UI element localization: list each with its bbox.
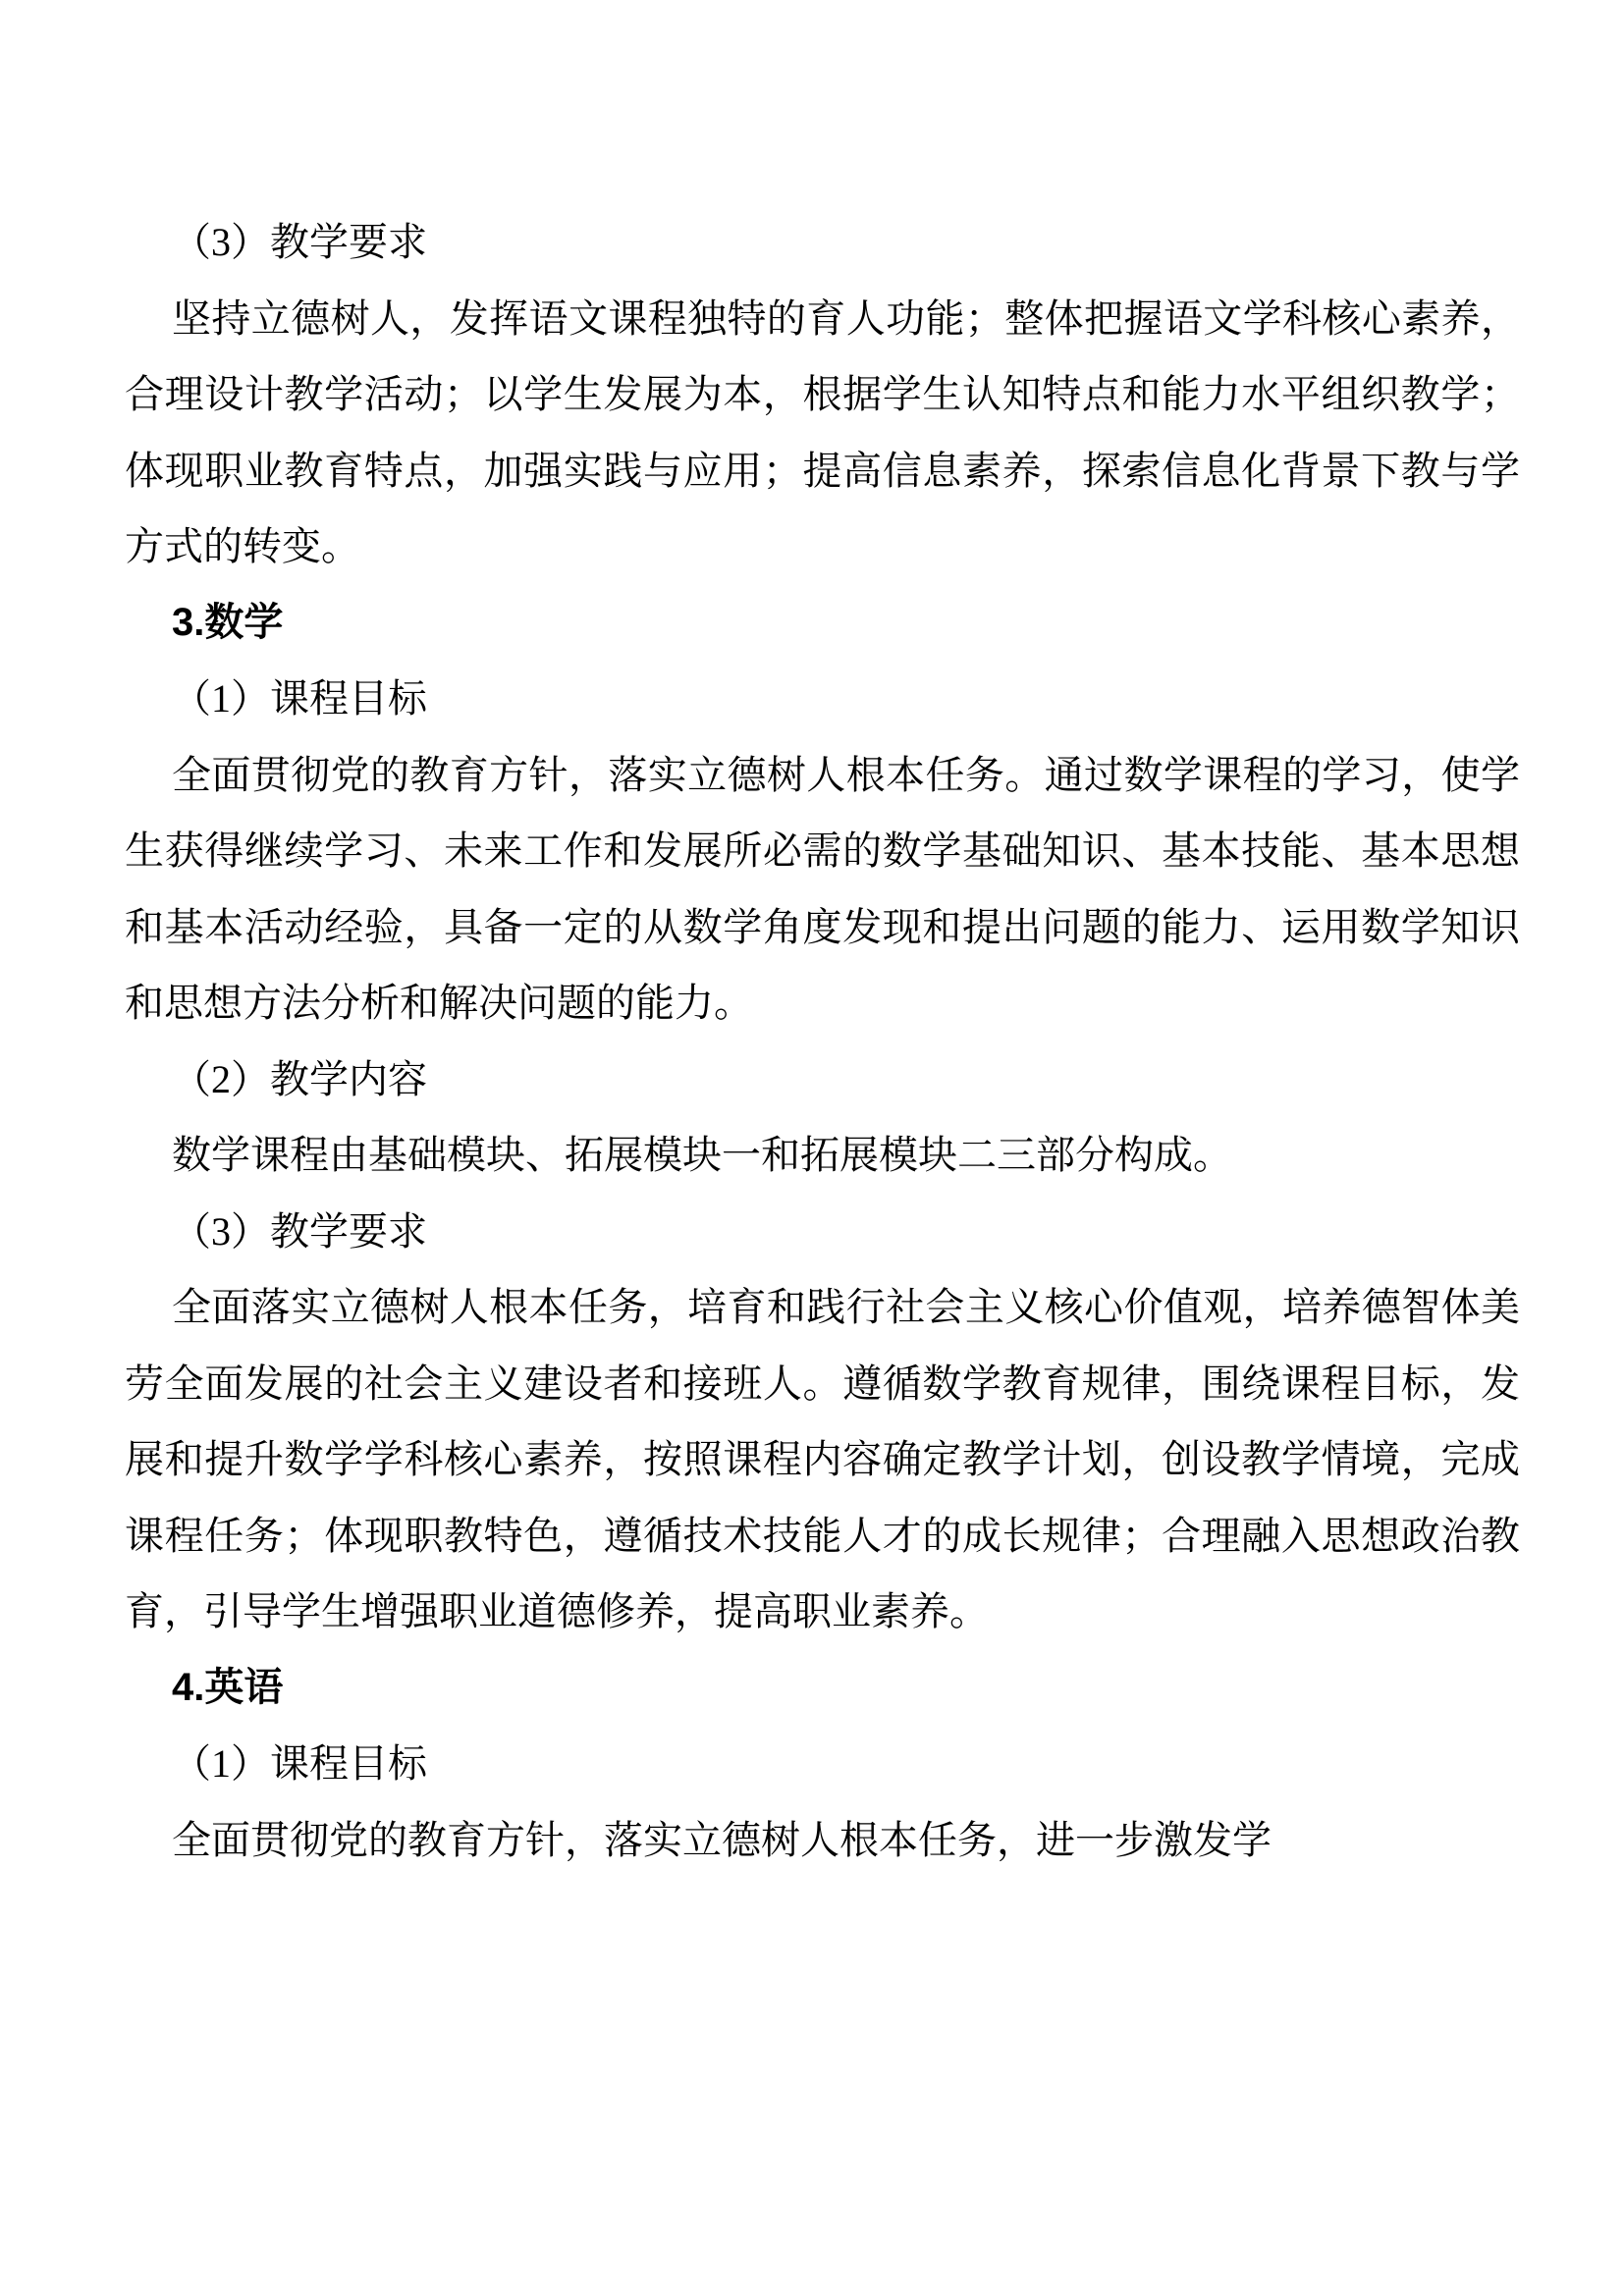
paragraph-math-course-goals: 全面贯彻党的教育方针，落实立德树人根本任务。通过数学课程的学习，使学生获得继续学…: [125, 737, 1520, 1041]
section-subheading-english-course-goals: （1）课程目标: [125, 1726, 1520, 1802]
paragraph-english-course-goals: 全面贯彻党的教育方针，落实立德树人根本任务，进一步激发学: [125, 1802, 1520, 1879]
document-page: （3）教学要求 坚持立德树人，发挥语文课程独特的育人功能；整体把握语文学科核心素…: [0, 0, 1624, 2296]
section-heading-math: 3.数学: [125, 585, 1520, 662]
section-subheading-math-course-goals: （1）课程目标: [125, 661, 1520, 737]
section-subheading-math-teaching-requirements: （3）教学要求: [125, 1194, 1520, 1270]
section-subheading-teaching-requirements-chinese: （3）教学要求: [125, 204, 1520, 281]
paragraph-chinese-teaching-requirements: 坚持立德树人，发挥语文课程独特的育人功能；整体把握语文学科核心素养，合理设计教学…: [125, 281, 1520, 585]
document-body: （3）教学要求 坚持立德树人，发挥语文课程独特的育人功能；整体把握语文学科核心素…: [125, 204, 1520, 1878]
section-heading-english: 4.英语: [125, 1650, 1520, 1727]
paragraph-math-teaching-content: 数学课程由基础模块、拓展模块一和拓展模块二三部分构成。: [125, 1117, 1520, 1194]
section-subheading-math-teaching-content: （2）教学内容: [125, 1041, 1520, 1118]
paragraph-math-teaching-requirements: 全面落实立德树人根本任务，培育和践行社会主义核心价值观，培养德智体美劳全面发展的…: [125, 1269, 1520, 1650]
